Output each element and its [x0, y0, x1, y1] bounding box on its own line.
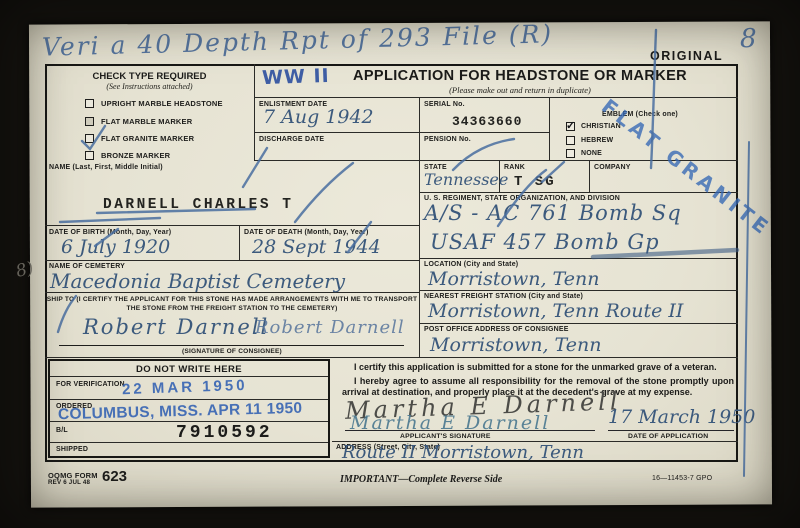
check-type-option-label: UPRIGHT MARBLE HEADSTONE: [101, 99, 223, 108]
original-label: ORIGINAL: [650, 49, 723, 63]
check-type-title: CHECK TYPE REQUIRED: [45, 71, 254, 82]
checkbox-icon: [85, 99, 94, 108]
consignee-address-value: Morristown, Tenn: [430, 334, 601, 356]
gpo-print-code: 16—11453-7 GPO: [652, 475, 712, 482]
emblem-option-none: NONE: [566, 149, 602, 158]
discharge-date-label: DISCHARGE DATE: [259, 136, 324, 143]
freight-station-field: NEAREST FREIGHT STATION (City and State)…: [420, 291, 738, 324]
check-type-option-upright: UPRIGHT MARBLE HEADSTONE: [85, 99, 223, 108]
emblem-option-label: NONE: [581, 150, 602, 157]
applicant-signature-label: APPLICANT'S SIGNATURE: [400, 433, 491, 440]
name-label: NAME (Last, First, Middle Initial): [49, 164, 163, 171]
consignee-address-label: POST OFFICE ADDRESS OF CONSIGNEE: [424, 326, 569, 333]
cemetery-field: NAME OF CEMETERY Macedonia Baptist Cemet…: [45, 261, 420, 293]
checkbox-icon: [85, 134, 94, 143]
consignee-signature-print: Robert Darnell: [83, 315, 269, 339]
checkbox-icon: [566, 136, 575, 145]
important-note: IMPORTANT—Complete Reverse Side: [340, 474, 502, 485]
ww2-stamp: WW II: [262, 65, 330, 89]
pension-number-label: PENSION No.: [424, 136, 471, 143]
original-handwritten-number: 8: [740, 24, 757, 54]
state-value: Tennessee: [424, 170, 508, 189]
rank-value: T SG: [514, 174, 556, 190]
serial-number-value: 34363660: [452, 114, 522, 129]
bl-label: B/L: [56, 427, 68, 434]
date-of-birth-label: DATE OF BIRTH (Month, Day, Year): [49, 229, 171, 236]
checkbox-icon: [85, 117, 94, 126]
check-type-option-flat-granite: FLAT GRANITE MARKER: [85, 134, 194, 143]
shipped-label: SHIPPED: [56, 446, 88, 453]
discharge-date-field: DISCHARGE DATE: [255, 133, 420, 161]
check-type-option-flat-marble: FLAT MARBLE MARKER: [85, 117, 192, 126]
check-type-section: CHECK TYPE REQUIRED (See Instructions at…: [45, 64, 255, 161]
date-of-birth-value: 6 July 1920: [61, 236, 170, 258]
rank-field: RANK T SG: [500, 161, 590, 193]
consignee-signature-script: Robert Darnell: [255, 317, 405, 338]
check-type-option-label: FLAT MARBLE MARKER: [101, 117, 192, 126]
date-of-death-value: 28 Sept 1944: [252, 236, 381, 258]
form-number: 623: [102, 468, 127, 485]
ship-to-label-line2: THE STONE FROM THE FREIGHT STATION TO TH…: [45, 305, 419, 312]
application-date-rule: [608, 430, 734, 431]
applicant-signature-rule: [345, 430, 595, 431]
emblem-option-hebrew: HEBREW: [566, 136, 613, 145]
date-of-death-field: DATE OF DEATH (Month, Day, Year) 28 Sept…: [240, 226, 420, 261]
form-title: APPLICATION FOR HEADSTONE OR MARKER: [310, 68, 730, 84]
applicant-address-row: ADDRESS (Street, City, State) Route II M…: [332, 441, 738, 462]
location-label: LOCATION (City and State): [424, 261, 518, 268]
shipped-row: SHIPPED: [50, 443, 328, 458]
serial-number-field: SERIAL No. 34363660: [420, 98, 550, 133]
do-not-write-box: DO NOT WRITE HERE FOR VERIFICATION ORDER…: [48, 359, 330, 458]
ship-to-label-line1: SHIP TO (I CERTIFY THE APPLICANT FOR THI…: [45, 296, 419, 303]
regiment-field: U. S. REGIMENT, STATE ORGANIZATION, AND …: [420, 193, 738, 259]
application-date-label: DATE OF APPLICATION: [628, 433, 708, 440]
date-of-birth-field: DATE OF BIRTH (Month, Day, Year) 6 July …: [45, 226, 240, 261]
bl-row: B/L 7910592: [50, 422, 328, 443]
checkbox-icon: [566, 149, 575, 158]
name-field: NAME (Last, First, Middle Initial) DARNE…: [45, 161, 420, 226]
checkbox-icon: [85, 151, 94, 160]
application-date-value: 17 March 1950: [608, 406, 755, 428]
location-value: Morristown, Tenn: [428, 268, 599, 290]
state-field: STATE Tennessee: [420, 161, 500, 193]
date-of-death-label: DATE OF DEATH (Month, Day, Year): [244, 229, 369, 236]
location-field: LOCATION (City and State) Morristown, Te…: [420, 259, 738, 291]
freight-station-value: Morristown, Tenn Route II: [428, 300, 683, 322]
check-type-option-label: BRONZE MARKER: [101, 151, 170, 160]
consignee-address-field: POST OFFICE ADDRESS OF CONSIGNEE Morrist…: [420, 324, 738, 358]
serial-number-label: SERIAL No.: [424, 101, 465, 108]
check-type-option-bronze: BRONZE MARKER: [85, 151, 170, 160]
form-revision: REV 6 JUL 48: [48, 479, 90, 486]
form-subtitle: (Please make out and return in duplicate…: [310, 85, 730, 95]
regiment-line1: A/S - AC 761 Bomb Sq: [424, 201, 682, 225]
verification-label: FOR VERIFICATION: [56, 381, 125, 388]
checkmark-icon: ✓: [566, 119, 575, 132]
do-not-write-title: DO NOT WRITE HERE: [50, 364, 328, 375]
emblem-option-label: HEBREW: [581, 137, 613, 144]
check-type-subtitle: (See Instructions attached): [45, 82, 254, 91]
do-not-write-title-row: DO NOT WRITE HERE: [50, 361, 328, 377]
applicant-address-value: Route II Morristown, Tenn: [342, 442, 584, 463]
name-value: DARNELL CHARLES T: [103, 197, 293, 213]
enlistment-date-value: 7 Aug 1942: [263, 106, 374, 128]
check-type-option-label: FLAT GRANITE MARKER: [101, 134, 194, 143]
regiment-line2: USAF 457 Bomb Gp: [430, 230, 660, 254]
consignee-signature-caption: (SIGNATURE OF CONSIGNEE): [45, 348, 419, 355]
cemetery-value: Macedonia Baptist Cemetery: [50, 269, 345, 293]
signature-rule: [59, 345, 404, 346]
enlistment-date-field: ENLISTMENT DATE 7 Aug 1942: [255, 98, 420, 133]
scanned-document-photo: Veri a 40 Depth Rpt of 293 File (R) ORIG…: [0, 0, 800, 528]
bl-stamp-number: 7910592: [176, 423, 273, 443]
checkbox-icon: ✓: [566, 122, 575, 131]
ship-to-section: SHIP TO (I CERTIFY THE APPLICANT FOR THI…: [45, 293, 420, 358]
freight-station-label: NEAREST FREIGHT STATION (City and State): [424, 293, 583, 300]
certification-line1: I certify this application is submitted …: [342, 362, 734, 374]
pension-number-field: PENSION No.: [420, 133, 550, 161]
company-label: COMPANY: [594, 164, 631, 171]
